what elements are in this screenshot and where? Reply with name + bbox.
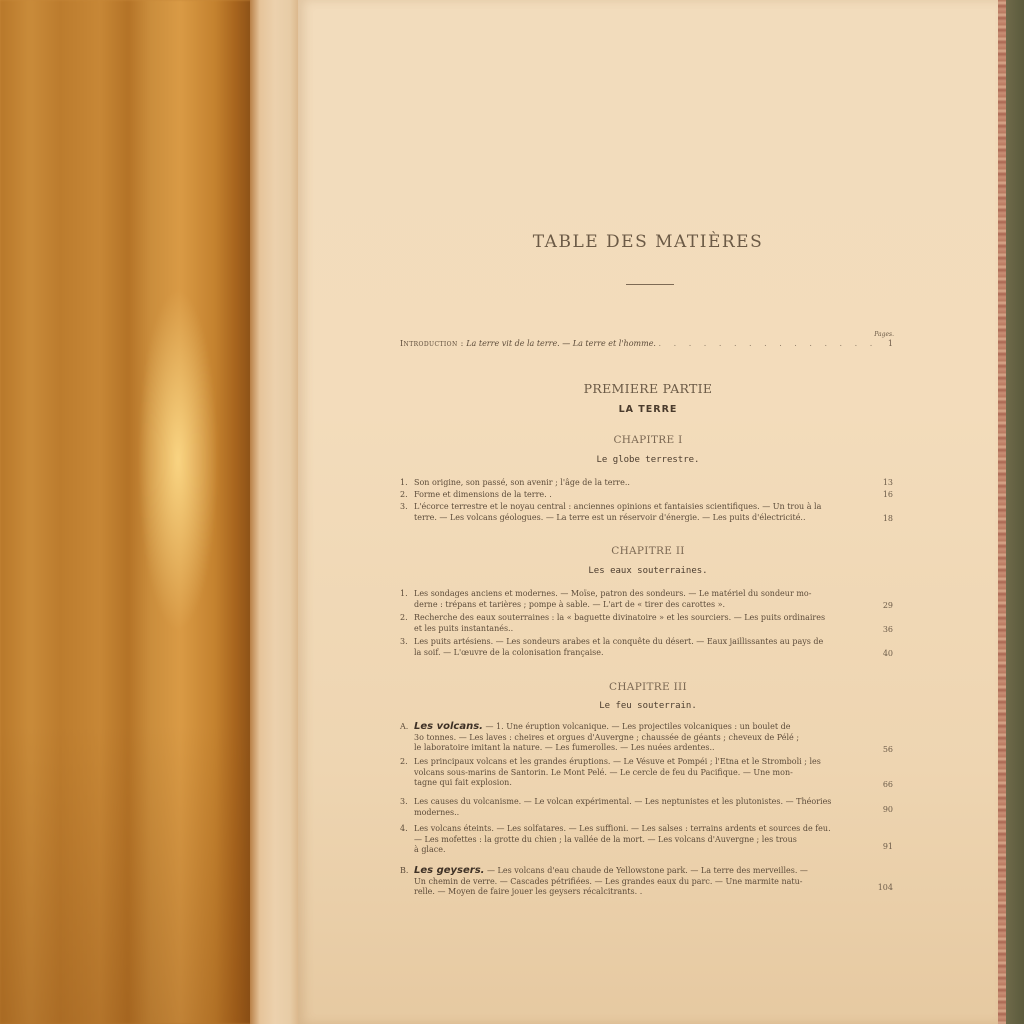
toc-entry: 3.L'écorce terrestre et le noyau central… bbox=[400, 502, 894, 523]
page-number: 1 bbox=[863, 339, 893, 348]
page-number: 66 bbox=[863, 780, 893, 789]
toc-section-geysers: B.Les geysers. — Les volcans d'eau chaud… bbox=[400, 866, 894, 898]
dot-leader: . . . . . . . . . . . . . . . bbox=[659, 339, 878, 348]
toc-entry: 2.Forme et dimensions de la terre. . bbox=[400, 490, 894, 501]
chapter-title: Le globe terrestre. bbox=[298, 455, 998, 465]
page-title: TABLE DES MATIÈRES bbox=[298, 232, 998, 252]
page-number: 56 bbox=[863, 745, 893, 754]
page-number: 18 bbox=[863, 514, 893, 523]
page-number: 16 bbox=[863, 490, 893, 499]
page-number: 36 bbox=[863, 625, 893, 634]
book-cover-edge bbox=[1006, 0, 1024, 1024]
toc-entry: 2.Les principaux volcans et les grandes … bbox=[400, 757, 894, 789]
page-number: 104 bbox=[863, 883, 893, 892]
toc-section-volcans: A.Les volcans. — 1. Une éruption volcani… bbox=[400, 722, 894, 754]
toc-entry: 3.Les puits artésiens. — Les sondeurs ar… bbox=[400, 637, 894, 658]
chapter-heading: CHAPITRE III bbox=[298, 681, 998, 693]
chapter-title: Le feu souterrain. bbox=[298, 701, 998, 711]
section-title: Les volcans. bbox=[414, 721, 483, 732]
chapter-heading: CHAPITRE I bbox=[298, 434, 998, 446]
page-number: 90 bbox=[863, 805, 893, 814]
page-number: 40 bbox=[863, 649, 893, 658]
gilt-shadow bbox=[0, 724, 252, 1024]
toc-entry: 2.Recherche des eaux souterraines : la «… bbox=[400, 613, 894, 634]
chapter-heading: CHAPITRE II bbox=[298, 545, 998, 557]
page-number: 29 bbox=[863, 601, 893, 610]
title-divider bbox=[626, 284, 674, 285]
marbled-page-edge bbox=[998, 0, 1006, 1024]
toc-entry-introduction: Introduction : La terre vit de la terre.… bbox=[400, 339, 894, 350]
introduction-text: La terre vit de la terre. — La terre et … bbox=[466, 339, 656, 348]
table-of-contents: TABLE DES MATIÈRES Pages. Introduction :… bbox=[298, 0, 998, 1024]
part-subtitle: LA TERRE bbox=[298, 404, 998, 415]
toc-entry: 3.Les causes du volcanisme. — Le volcan … bbox=[400, 797, 894, 818]
part-heading: PREMIERE PARTIE bbox=[298, 381, 998, 396]
toc-entry: 1.Son origine, son passé, son avenir ; l… bbox=[400, 478, 894, 489]
toc-entry: 4.Les volcans éteints. — Les solfatares.… bbox=[400, 824, 894, 856]
page-number: 13 bbox=[863, 478, 893, 487]
section-title: Les geysers. bbox=[414, 865, 484, 876]
chapter-title: Les eaux souterraines. bbox=[298, 566, 998, 576]
introduction-label: Introduction : bbox=[400, 339, 464, 348]
pages-column-label: Pages. bbox=[874, 331, 894, 338]
toc-entry: 1.Les sondages anciens et modernes. — Mo… bbox=[400, 589, 894, 610]
book-gutter bbox=[250, 0, 298, 1024]
page-number: 91 bbox=[863, 842, 893, 851]
book-page: TABLE DES MATIÈRES Pages. Introduction :… bbox=[298, 0, 998, 1024]
